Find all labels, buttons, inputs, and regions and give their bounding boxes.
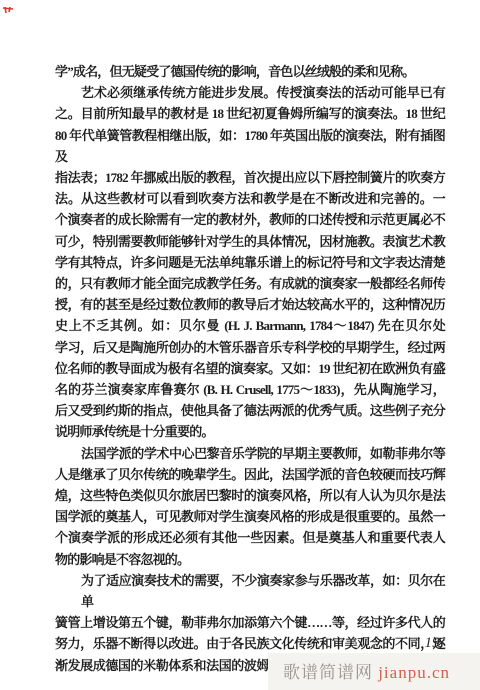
- body-text: 学”成名，但无疑受了德国传统的影响，音色以丝绒般的柔和见称。艺术必须继承传统方能…: [55, 61, 445, 676]
- text-line: 为了适应演奏技术的需要，不少演奏家参与乐器改革，如：贝尔在单: [55, 570, 445, 612]
- watermark-site-name: 歌谱简谱网: [283, 663, 373, 682]
- text-line: 物的影响是不容忽视的。: [55, 549, 445, 570]
- text-line: 史上不乏其例。如：贝尔曼 (H. J. Barmann, 1784～1847) …: [55, 315, 445, 336]
- watermark: 歌谱简谱网 jianpu.cn: [283, 658, 450, 683]
- text-line: 艺术必须继承传统方能进步发展。传授演奏法的活动可能早已有: [55, 82, 445, 103]
- scan-smudge: ×: [352, 639, 358, 650]
- text-line: 授，有的甚至是经过数位教师的教导后才始达较高水平的，这种情况历: [55, 294, 445, 315]
- text-line: 学有其特点，许多问题是无法单纯靠乐谱上的标记符号和文字表达清楚: [55, 252, 445, 273]
- text-line: 国学派的奠基人，可见教师对学生演奏风格的形成是很重要的。虽然一: [55, 506, 445, 527]
- text-line: 努力，乐器不断得以改进。由于各民族文化传统和审美观念的不同，逐: [55, 633, 445, 654]
- text-line: 学”成名，但无疑受了德国传统的影响，音色以丝绒般的柔和见称。: [55, 61, 445, 82]
- text-line: 80 年代单簧管教程相继出版，如：1780 年英国出版的演奏法，附有插图及: [55, 125, 445, 167]
- text-line: 之。目前所知最早的教材是 18 世纪初夏鲁姆所编写的演奏法。18 世纪: [55, 103, 445, 124]
- text-line: 的，只有教师才能全面完成教学任务。有成就的演奏家一般都经名师传: [55, 273, 445, 294]
- text-line: 后又受到约斯的指点，使他具备了德法两派的优秀气质。这些例子充分: [55, 400, 445, 421]
- page-number: 19: [420, 635, 444, 652]
- text-line: 位名师的教导面成为极有名望的演奏家。又如：19 世纪初在欧洲负有盛: [55, 358, 445, 379]
- text-line: 人是继承了贝尔传统的晚辈学生。因此，法国学派的音色较硬而技巧辉: [55, 464, 445, 485]
- text-line: 指法表；1782 年挪威出版的教程，首次提出应以下唇控制簧片的吹奏方: [55, 167, 445, 188]
- text-line: 法国学派的学术中心巴黎音乐学院的早期主要教师，如勒菲弗尔等: [55, 443, 445, 464]
- watermark-site-url: jianpu.cn: [378, 663, 450, 682]
- text-line: 个演奏者的成长除需有一定的教材外，教师的口述传授和示范更属必不: [55, 209, 445, 230]
- text-line: 簧管上增设第五个键，勒菲弗尔加添第六个键……等，经过许多代人的: [55, 612, 445, 633]
- text-line: 学习，后又是陶施所创办的木管乐器音乐专科学校的早期学生，经过两: [55, 337, 445, 358]
- text-line: 法。从这些教材可以看到吹奏方法和教学是在不断改进和完善的。一: [55, 188, 445, 209]
- corner-red-mark: [2, 0, 14, 6]
- text-line: 可少，特别需要教师能够针对学生的具体情况，因材施教。表演艺术教: [55, 231, 445, 252]
- book-page: 学”成名，但无疑受了德国传统的影响，音色以丝绒般的柔和见称。艺术必须继承传统方能…: [0, 0, 480, 690]
- text-line: 名的芬兰演奏家库鲁赛尔 (B. H. Crusell, 1775～1833)，先…: [55, 379, 445, 400]
- text-line: 个演奏学派的形成还必须有其他一些因素。但是奠基人和重要代表人: [55, 527, 445, 548]
- text-line: 说明师承传统是十分重要的。: [55, 421, 445, 442]
- text-line: 煌，这些特色类似贝尔旅居巴黎时的演奏风格，所以有人认为贝尔是法: [55, 485, 445, 506]
